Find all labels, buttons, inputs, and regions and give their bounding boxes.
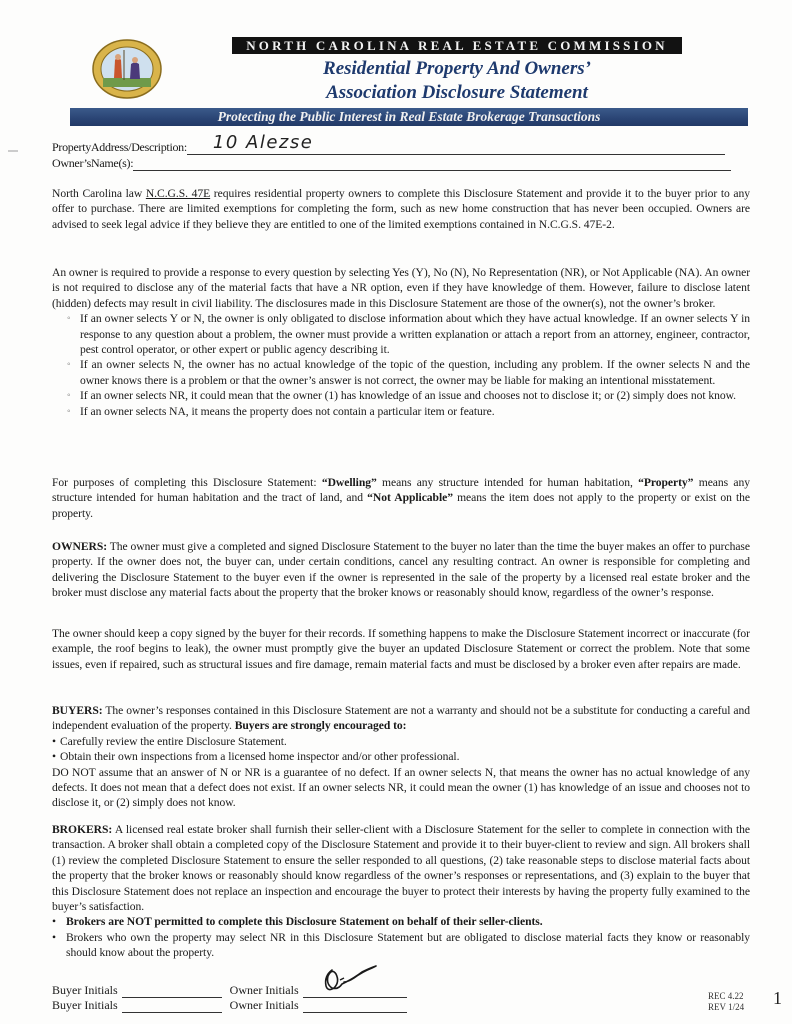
owner-names-field[interactable] [133, 156, 731, 171]
buyer-initials-field-2[interactable] [122, 1000, 222, 1013]
owner-signature-scribble-icon [318, 962, 388, 996]
list-item: If an owner selects NR, it could mean th… [80, 388, 750, 403]
list-item: If an owner selects Y or N, the owner is… [80, 311, 750, 357]
definitions-text: means any structure intended for human h… [377, 476, 638, 489]
revision-date: REV 1/24 [708, 1002, 744, 1013]
owner-initials-label: Owner Initials [230, 983, 299, 998]
commission-name-bar: NORTH CAROLINA REAL ESTATE COMMISSION [232, 37, 682, 54]
owner-initials-label: Owner Initials [230, 998, 299, 1013]
term-not-applicable: “Not Applicable” [367, 491, 453, 504]
responses-list: If an owner selects Y or N, the owner is… [52, 311, 750, 419]
property-address-row: PropertyAddress/Description: 10 Alezse [52, 140, 725, 155]
owner-names-row: Owner’sName(s): [52, 156, 731, 171]
property-address-label: PropertyAddress/Description: [52, 140, 187, 155]
list-item: Carefully review the entire Disclosure S… [52, 734, 750, 749]
intro-paragraph: North Carolina law N.C.G.S. 47E requires… [52, 186, 750, 232]
definitions-text: For purposes of completing this Disclosu… [52, 476, 322, 489]
owners-heading: OWNERS: [52, 540, 107, 553]
owners-section-2: The owner should keep a copy signed by t… [52, 626, 750, 672]
property-address-field[interactable]: 10 Alezse [187, 140, 725, 155]
brokers-not-permitted: Brokers are NOT permitted to complete th… [66, 915, 543, 928]
term-dwelling: “Dwelling” [322, 476, 377, 489]
buyers-warning: DO NOT assume that an answer of N or NR … [52, 765, 750, 811]
definitions-paragraph: For purposes of completing this Disclosu… [52, 475, 750, 521]
responses-section: An owner is required to provide a respon… [52, 265, 750, 419]
responses-paragraph: An owner is required to provide a respon… [52, 265, 750, 311]
buyer-initials-label: Buyer Initials [52, 998, 118, 1013]
buyers-list: Carefully review the entire Disclosure S… [52, 734, 750, 765]
owner-initials-field-2[interactable] [303, 1000, 407, 1013]
brokers-section: BROKERS: A licensed real estate broker s… [52, 822, 750, 961]
owner-names-label: Owner’sName(s): [52, 156, 133, 171]
list-item: If an owner selects N, the owner has no … [80, 357, 750, 388]
form-title-line-1: Residential Property And Owners’ [232, 58, 682, 80]
list-item: Brokers who own the property may select … [52, 930, 750, 961]
form-title-line-2: Association Disclosure Statement [232, 82, 682, 104]
initials-row-2: Buyer Initials Owner Initials [52, 998, 407, 1013]
buyers-emphasis: Buyers are strongly encouraged to: [235, 719, 407, 732]
brokers-list: Brokers are NOT permitted to complete th… [52, 914, 750, 960]
term-property: “Property” [638, 476, 693, 489]
list-item: If an owner selects NA, it means the pro… [80, 404, 750, 419]
form-revision: REC 4.22 REV 1/24 [708, 991, 744, 1013]
brokers-heading: BROKERS: [52, 823, 112, 836]
list-item: Obtain their own inspections from a lice… [52, 749, 750, 764]
ncgs-47e-link[interactable]: N.C.G.S. 47E [146, 187, 210, 200]
page-number: 1 [773, 988, 782, 1009]
scan-mark [8, 150, 18, 152]
owners-text: The owner must give a completed and sign… [52, 540, 750, 599]
owners-text-2: The owner should keep a copy signed by t… [52, 626, 750, 672]
property-address-value: 10 Alezse [213, 132, 313, 153]
buyer-initials-label: Buyer Initials [52, 983, 118, 998]
buyers-section: BUYERS: The owner’s responses contained … [52, 703, 750, 811]
buyer-initials-field-1[interactable] [122, 985, 222, 998]
nc-state-seal-icon [89, 38, 165, 100]
brokers-text: A licensed real estate broker shall furn… [52, 823, 750, 913]
list-item: Brokers are NOT permitted to complete th… [52, 914, 750, 929]
intro-text-start: North Carolina law [52, 187, 146, 200]
form-code: REC 4.22 [708, 991, 744, 1002]
tagline-band: Protecting the Public Interest in Real E… [70, 108, 748, 126]
buyers-heading: BUYERS: [52, 704, 103, 717]
owners-section: OWNERS: The owner must give a completed … [52, 539, 750, 601]
